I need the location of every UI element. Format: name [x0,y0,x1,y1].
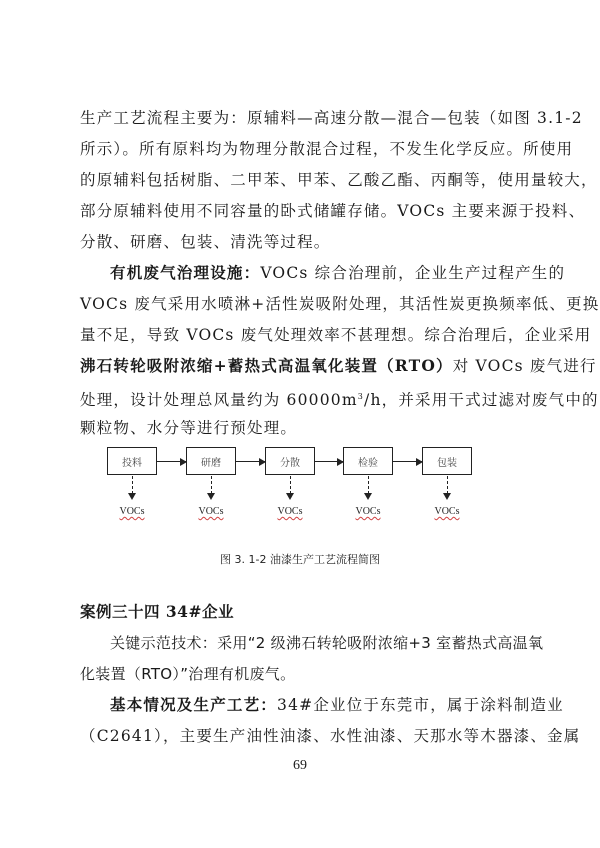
dashed-arrow-down-icon [290,476,291,494]
emission-label: VOCs [186,506,236,517]
emission-label: VOCs [107,506,157,517]
emission-label: VOCs [422,506,472,517]
arrow-right-icon [157,461,186,462]
paragraph-text: 对 VOCs 废气进行 [453,357,597,375]
paragraph-text: 处理，设计处理总风量约为 60000m [80,391,358,409]
dashed-arrow-down-icon [368,476,369,494]
page-number: 69 [0,758,600,774]
arrowhead-down-icon [364,493,372,500]
paragraph-2-line-6: 颗粒物、水分等进行预处理。 [80,418,520,438]
paragraph-2-line-2: VOCs 废气采用水喷淋+活性炭吸附处理，其活性炭更换频率低、更换 [80,294,520,314]
process-step-box: 检验 [343,447,393,475]
arrowhead-down-icon [207,493,215,500]
process-step-box: 分散 [265,447,315,475]
key-tech-line-1: 关键示范技术：采用“2 级沸石转轮吸附浓缩+3 室蓄热式高温氧 [110,633,520,653]
case-title: 案例三十四 34#企业 [80,602,520,622]
dashed-arrow-down-icon [447,476,448,494]
paragraph-2-line-1: 有机废气治理设施：VOCs 综合治理前，企业生产过程产生的 [110,263,520,283]
paragraph-text: /h，并采用干式过滤对废气中的 [364,391,599,409]
emission-label: VOCs [265,506,315,517]
basic-info-line-2: （C2641），主要生产油性油漆、水性油漆、天那水等木器漆、金属 [80,726,520,746]
paragraph-text: 34#企业位于东莞市，属于涂料制造业 [277,696,564,714]
paragraph-1-line-4: 部分原辅料使用不同容量的卧式储罐存储。VOCs 主要来源于投料、 [80,201,520,221]
figure-caption: 图 3. 1-2 油漆生产工艺流程简图 [0,551,600,567]
process-step-box: 研磨 [186,447,236,475]
paragraph-2-line-5: 处理，设计处理总风量约为 60000m3/h，并采用干式过滤对废气中的 [80,387,520,410]
section-heading: 有机废气治理设施： [110,263,260,282]
arrowhead-down-icon [128,493,136,500]
arrow-right-icon [393,461,422,462]
paragraph-1-line-5: 分散、研磨、包装、清洗等过程。 [80,232,520,252]
section-heading: 基本情况及生产工艺： [110,695,277,714]
dashed-arrow-down-icon [211,476,212,494]
arrowhead-down-icon [286,493,294,500]
dashed-arrow-down-icon [132,476,133,494]
key-tech-line-2: 化装置（RTO）”治理有机废气。 [80,664,520,684]
process-step-box: 投料 [107,447,157,475]
paragraph-1-line-3: 的原辅料包括树脂、二甲苯、甲苯、乙酸乙酯、丙酮等，使用量较大， [80,170,520,190]
arrow-right-icon [315,461,343,462]
bold-technology: 沸石转轮吸附浓缩+蓄热式高温氧化装置（RTO） [80,356,453,375]
paragraph-1-line-2: 所示）。所有原料均为物理分散混合过程，不发生化学反应。所使用 [80,139,520,159]
basic-info-line-1: 基本情况及生产工艺：34#企业位于东莞市，属于涂料制造业 [110,695,520,715]
paragraph-2-line-4: 沸石转轮吸附浓缩+蓄热式高温氧化装置（RTO）对 VOCs 废气进行 [80,356,520,376]
paragraph-text: VOCs 综合治理前，企业生产过程产生的 [260,264,565,282]
emission-label: VOCs [343,506,393,517]
arrowhead-down-icon [443,493,451,500]
process-step-box: 包装 [422,447,472,475]
paragraph-1-line-1: 生产工艺流程主要为：原辅料—高速分散—混合—包装（如图 3.1-2 [80,108,520,128]
paragraph-2-line-3: 量不足，导致 VOCs 废气处理效率不甚理想。综合治理后，企业采用 [80,325,520,345]
arrow-right-icon [236,461,265,462]
